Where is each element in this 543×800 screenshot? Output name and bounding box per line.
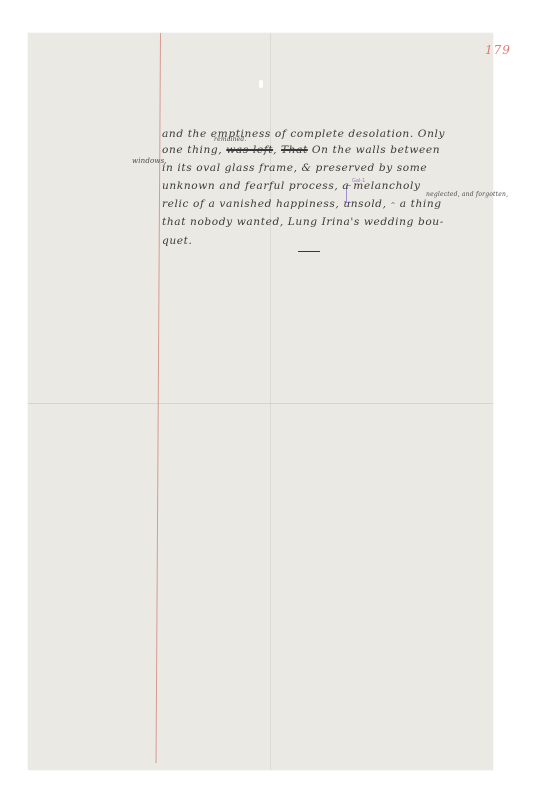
red-margin-line [156, 33, 161, 763]
caret-mark: ^ [391, 202, 396, 209]
line-2-pre: one thing, [162, 144, 222, 156]
manuscript-line-1: and the emptiness of complete desolation… [162, 128, 445, 140]
horizontal-fold [28, 403, 493, 404]
manuscript-page: 179 and the emptiness of complete desola… [28, 33, 493, 770]
manuscript-line-7: quet. [162, 235, 193, 247]
line-2-sep: , [273, 144, 277, 156]
pin-hole [259, 80, 263, 88]
page-number: 179 [485, 43, 511, 57]
insertion-remained: remained. [214, 136, 247, 143]
line-2-post: On the walls between [312, 144, 440, 156]
manuscript-line-2: one thing, was left, That On the walls b… [162, 144, 440, 156]
line-5-text: relic of a vanished happiness, unsold, [162, 198, 387, 210]
line-5-post: a thing [400, 198, 442, 210]
manuscript-line-5: relic of a vanished happiness, unsold, ^… [162, 198, 442, 210]
manuscript-line-3: in its oval glass frame, & preserved by … [162, 162, 427, 174]
manuscript-line-6: that nobody wanted, Lung Irina's wedding… [162, 216, 444, 228]
insertion-neglected-forgotten: neglected, and forgotten, [426, 191, 508, 198]
struck-text-was-left: was left [226, 144, 273, 156]
manuscript-line-4: unknown and fearful process, a melanchol… [162, 180, 421, 192]
struck-text-that: That [281, 144, 308, 156]
end-mark [298, 251, 320, 252]
